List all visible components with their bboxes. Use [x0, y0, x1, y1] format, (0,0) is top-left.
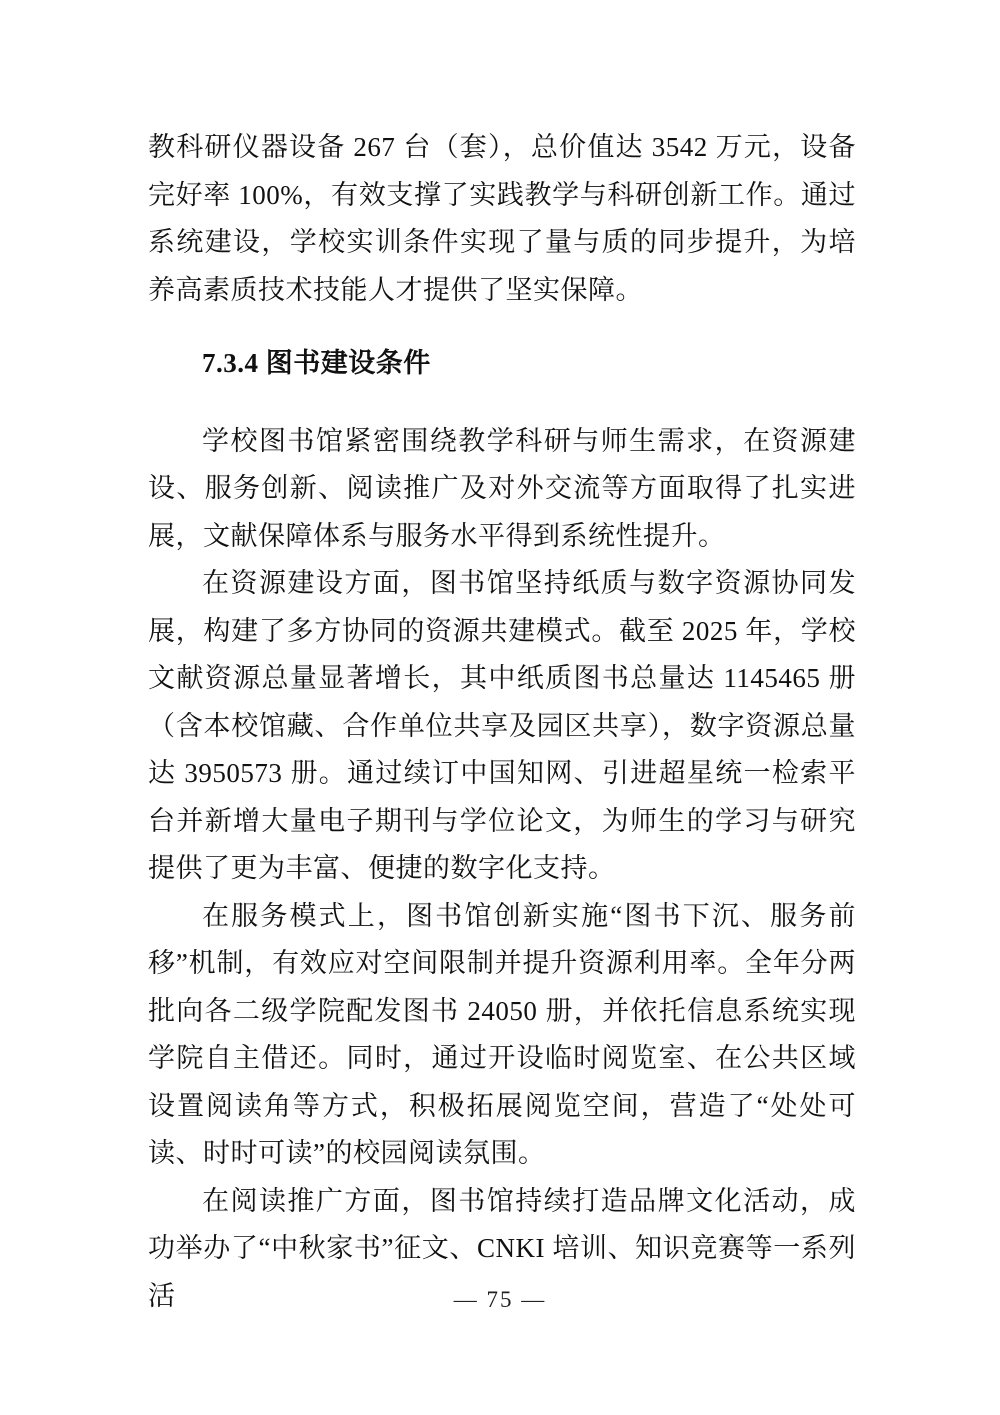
- section-heading-7-3-4: 7.3.4 图书建设条件: [148, 340, 856, 388]
- page-content: 教科研仪器设备 267 台（套），总价值达 3542 万元，设备完好率 100%…: [148, 124, 856, 1320]
- page-number: — 75 —: [454, 1287, 547, 1312]
- paragraph-service-model: 在服务模式上，图书馆创新实施“图书下沉、服务前移”机制，有效应对空间限制并提升资…: [148, 893, 856, 1178]
- paragraph-library-overview: 学校图书馆紧密围绕教学科研与师生需求，在资源建设、服务创新、阅读推广及对外交流等…: [148, 418, 856, 561]
- document-page: 教科研仪器设备 267 台（套），总价值达 3542 万元，设备完好率 100%…: [0, 0, 1000, 1415]
- paragraph-equipment-summary: 教科研仪器设备 267 台（套），总价值达 3542 万元，设备完好率 100%…: [148, 124, 856, 314]
- paragraph-resource-building: 在资源建设方面，图书馆坚持纸质与数字资源协同发展，构建了多方协同的资源共建模式。…: [148, 560, 856, 893]
- page-footer: — 75 —: [0, 1284, 1000, 1316]
